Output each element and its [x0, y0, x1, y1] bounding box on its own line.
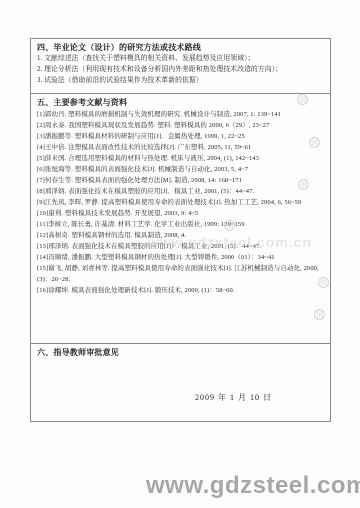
reference-item: [1]郭幼丹. 塑料模具的磨损机制与失效机理的研究. 机械设计与制造, 2007… — [37, 109, 324, 120]
reference-item: [12]高树奇. 塑料模具钢材的选用. 模具制造, 2008, 4. — [37, 230, 324, 241]
methods-list: 1. 文献综述法（查找关于塑料模具的相关资料、发展趋势及应用领域）； 2. 理论… — [37, 53, 324, 86]
section-research-methods: 四、毕业论文（设计）的研究方法或技术路线 1. 文献综述法（查找关于塑料模具的相… — [31, 39, 330, 93]
reference-item: [2]周永泰. 我国塑料模具现状及发展趋势. 塑料. 塑料模具的 2000, 6… — [37, 120, 324, 131]
advisor-date: 2009 年 1 月 10 日 — [195, 392, 272, 403]
section-advisor-title: 六、指导教师审批意见 — [37, 347, 324, 358]
document-page: 四、毕业论文（设计）的研究方法或技术路线 1. 文献综述法（查找关于塑料模具的相… — [0, 0, 360, 508]
section-references-title: 五、主要参考文献与资料 — [37, 97, 324, 108]
method-item: 3. 试验法（借助前沿的试验结果作为技术革新的依据） — [37, 75, 324, 86]
reference-item: [8]邢泽炳. 表面强化技术在模具塑胶的应用[J]．模具工业, 2001, (5… — [37, 186, 324, 197]
method-item: 2. 理论分析法（利用现有技术和设备分析国内外差距和热处理技术改造的方向）； — [37, 64, 324, 75]
reference-item: [7]何春生等. 塑料模具表面的强化处理方法[M]. 制造, 2008, 14:… — [37, 175, 324, 186]
reference-item: [6]张旭海等. 塑料模具的表面强化技术[J]. 机械制造与自动化, 2003,… — [37, 164, 324, 175]
reference-item: [4]王中倍. 注塑模具表面改性技术的比较选择[J]. 广东塑料, 2005, … — [37, 142, 324, 153]
reference-item: [13]邢泽炳. 表面强化技术在模具塑胶的应用[J]）. 模具工业, 2001,… — [37, 241, 324, 252]
section-advisor-opinion: 六、指导教师审批意见 2009 年 1 月 10 日 — [31, 343, 330, 421]
reference-item: [3]潘振鹏等. 塑料模具材料的研制与应用[J]．金属热处理, 1999, 1,… — [37, 131, 324, 142]
reference-item: [16]徐耀坤. 模具表面强化处理新技术[J]. 锻压技术, 2000, (1)… — [37, 285, 324, 296]
section-references: 五、主要参考文献与资料 [1]郭幼丹. 塑料模具的磨损机制与失效机理的研究. 机… — [31, 93, 330, 343]
reference-item: [15]谢飞, 胡静, 刘青林等. 提高塑料模具使用寿命的表面强化技术[J]. … — [37, 263, 324, 285]
method-item: 1. 文献综述法（查找关于塑料模具的相关资料、发展趋势及应用领域）； — [37, 53, 324, 64]
reference-item: [5]薛来国. 合理选用塑料模具的材料与热处理. 机床与液压, 2004, (1… — [37, 153, 324, 164]
reference-item: [9]江先凤, 李晖, 罗静. 提高塑料模具使用寿命的表面处理技术[J]. 热加… — [37, 197, 324, 208]
reference-item: [10]康利. 塑料模具技术发展趋势. 开发展望, 2003, 9: 4~5 — [37, 208, 324, 219]
reference-item: [11]李树立, 陈长勇, 许基清. 材料工艺学. 化学工业出版社, 1999:… — [37, 219, 324, 230]
reference-list: [1]郭幼丹. 塑料模具的磨损机制与失效机理的研究. 机械设计与制造, 2007… — [37, 109, 324, 296]
form-table: 四、毕业论文（设计）的研究方法或技术路线 1. 文献综述法（查找关于塑料模具的相… — [30, 38, 331, 422]
watermark-site-url: www.gdzsteel.com — [146, 472, 360, 500]
section-methods-title: 四、毕业论文（设计）的研究方法或技术路线 — [37, 42, 324, 53]
reference-item: [14]冯顺绪, 潘振鹏. 大型塑料模具钢材的热处理[J]. 大型铸锻件, 20… — [37, 252, 324, 263]
